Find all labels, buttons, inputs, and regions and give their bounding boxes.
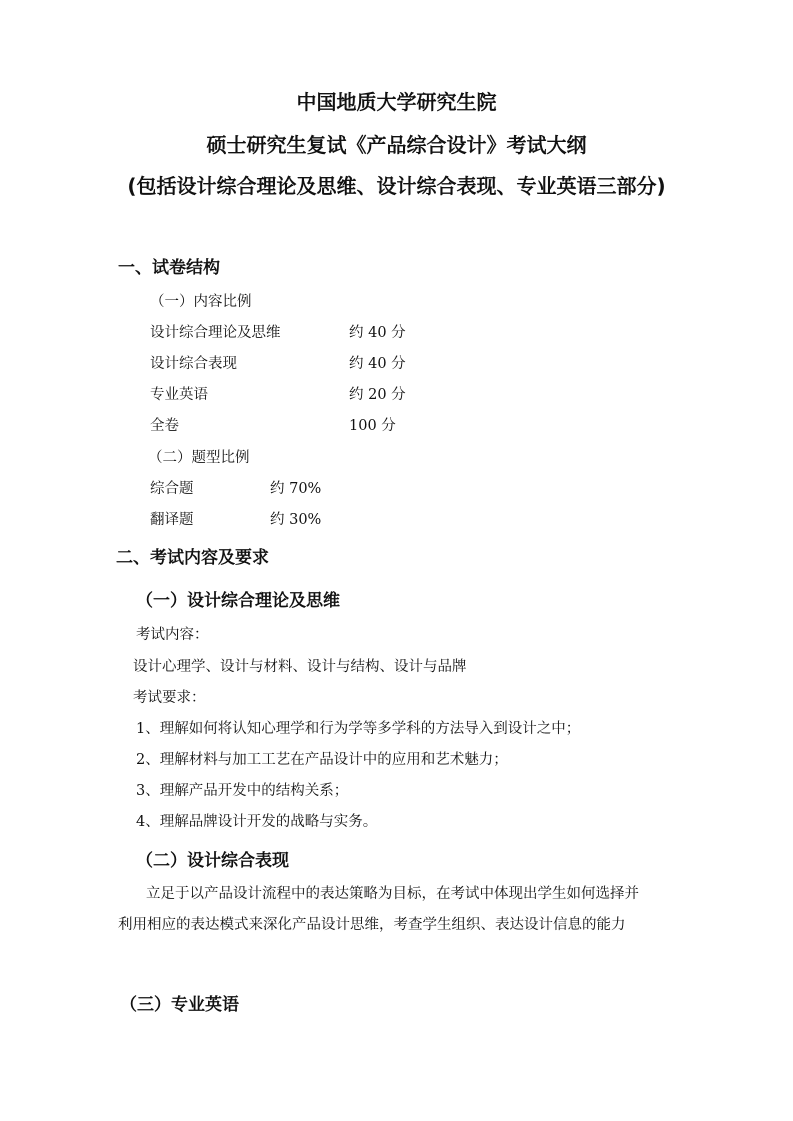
requirement-item: 3、理解产品开发中的结构关系；: [136, 779, 348, 800]
type-value: 约 70%: [270, 477, 321, 498]
institution-title: 中国地质大学研究生院: [0, 86, 793, 115]
requirement-item: 2、理解材料与加工工艺在产品设计中的应用和艺术魅力；: [136, 748, 508, 769]
content-ratio-heading: （一）内容比例: [150, 290, 252, 311]
requirements-label: 考试要求：: [133, 686, 206, 707]
type-label: 综合题: [150, 477, 194, 498]
requirement-item: 4、理解品牌设计开发的战略与实务。: [136, 810, 377, 831]
content-label: 考试内容：: [136, 623, 209, 644]
content-text: 设计心理学、设计与材料、设计与结构、设计与品牌: [133, 655, 467, 676]
document-subtitle: (包括设计综合理论及思维、设计综合表现、专业英语三部分): [0, 170, 793, 199]
ratio-value: 约 20 分: [349, 383, 406, 404]
part-2-heading: （二）设计综合表现: [136, 846, 289, 871]
ratio-label: 全卷: [150, 414, 179, 435]
ratio-value: 100 分: [349, 414, 396, 435]
part-3-heading: （三）专业英语: [120, 990, 239, 1015]
ratio-value: 约 40 分: [349, 321, 406, 342]
type-label: 翻译题: [150, 508, 194, 529]
requirement-item: 1、理解如何将认知心理学和行为学等多学科的方法导入到设计之中；: [136, 717, 580, 738]
ratio-label: 设计综合理论及思维: [150, 321, 281, 342]
ratio-label: 设计综合表现: [150, 352, 237, 373]
document-title: 硕士研究生复试《产品综合设计》考试大纲: [0, 129, 793, 158]
section-2-heading: 二、考试内容及要求: [116, 543, 269, 568]
section-1-heading: 一、试卷结构: [118, 253, 220, 278]
part-1-heading: （一）设计综合理论及思维: [136, 586, 340, 611]
part-2-paragraph-line-1: 立足于以产品设计流程中的表达策略为目标，在考试中体现出学生如何选择并: [146, 882, 639, 903]
ratio-label: 专业英语: [150, 383, 208, 404]
ratio-value: 约 40 分: [349, 352, 406, 373]
type-ratio-heading: （二）题型比例: [148, 446, 250, 467]
part-2-paragraph-line-2: 利用相应的表达模式来深化产品设计思维，考查学生组织、表达设计信息的能力: [118, 913, 626, 934]
type-value: 约 30%: [270, 508, 321, 529]
